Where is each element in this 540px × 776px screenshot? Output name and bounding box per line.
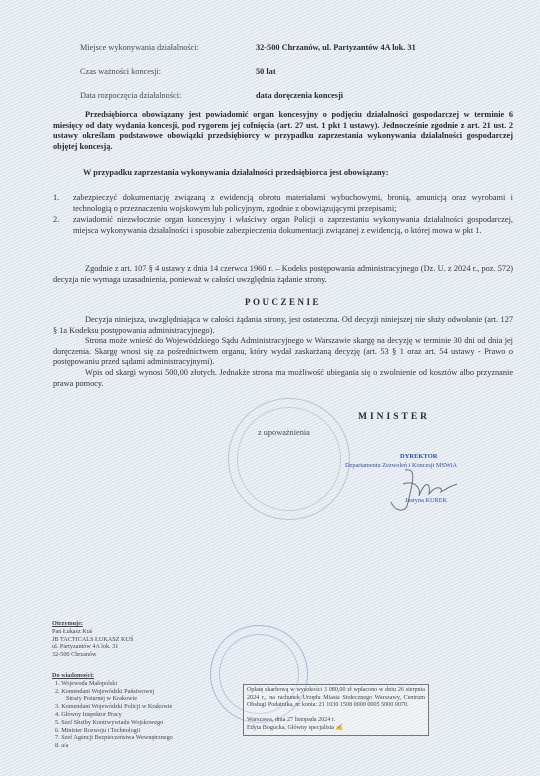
- signature-authorization: z upoważnienia: [258, 428, 310, 437]
- pouczenie-heading: POUCZENIE: [53, 297, 513, 307]
- document-page: Miejsce wykonywania działalności: 32-500…: [0, 0, 540, 776]
- handwritten-signature: [385, 466, 465, 514]
- list-text: zabezpieczyć dokumentację związaną z ewi…: [73, 193, 513, 213]
- cessation-list-item: 2. zawiadomić niezwłocznie organ koncesy…: [73, 215, 513, 236]
- signature-title: DYREKTOR: [400, 453, 437, 460]
- obligation-paragraph: Przedsiębiorca obowiązany jest powiadomi…: [53, 110, 513, 152]
- cc-item: 4. Główny Inspektor Pracy: [52, 711, 252, 719]
- recipient-line: Pan Łukasz Kuś: [52, 628, 252, 636]
- fee-note-signer: Edyta Bogucka, Główny specjalista ✍: [247, 725, 425, 733]
- official-seal-stamp: [228, 398, 350, 520]
- signature-authority: MINISTER: [358, 412, 430, 422]
- fee-note-signer-text: Edyta Bogucka, Główny specjalista: [247, 725, 334, 731]
- cc-item: 6. Minister Rozwoju i Technologii: [52, 727, 252, 735]
- signature-name: Justyna KUREK: [405, 497, 447, 504]
- fee-note-date: Warszawa, dnia 27 listopada 2024 r.: [247, 717, 425, 725]
- detail-value-validity: 50 lat: [256, 67, 276, 76]
- list-number: 1.: [53, 193, 59, 204]
- recipients-heading: Otrzymuje:: [52, 620, 252, 628]
- pouczenie-paragraph-1: Decyzja niniejsza, uwzględniająca w cało…: [53, 315, 513, 336]
- cessation-list-item: 1. zabezpieczyć dokumentację związaną z …: [73, 193, 513, 214]
- fee-note-box: Opłatę skarbową w wysokości 3 080,00 zł …: [243, 684, 429, 736]
- detail-label-validity: Czas ważności koncesji:: [80, 67, 161, 76]
- pouczenie-paragraph-3: Wpis od skargi wynosi 500,00 złotych. Je…: [53, 368, 513, 389]
- initials-signature-icon: ✍: [336, 725, 344, 731]
- cc-item: 8. a/a: [52, 742, 252, 750]
- list-number: 2.: [53, 215, 59, 226]
- list-text: zawiadomić niezwłocznie organ koncesyjny…: [73, 215, 513, 235]
- kpa-paragraph: Zgodnie z art. 107 § 4 ustawy z dnia 14 …: [53, 264, 513, 285]
- detail-value-start: data doręczenia koncesji: [256, 91, 343, 100]
- cc-item: 7. Szef Agencji Bezpieczeństwa Wewnętrzn…: [52, 734, 252, 742]
- detail-value-place: 32-500 Chrzanów, ul. Partyzantów 4A lok.…: [256, 43, 416, 52]
- fee-note-text: Opłatę skarbową w wysokości 3 080,00 zł …: [247, 687, 425, 710]
- pouczenie-paragraph-2: Strona może wnieść do Wojewódzkiego Sądu…: [53, 336, 513, 368]
- detail-label-start: Data rozpoczęcia działalności:: [80, 91, 181, 100]
- cessation-heading: W przypadku zaprzestania wykonywania dzi…: [83, 168, 513, 179]
- cc-item: 5. Szef Służby Kontrwywiadu Wojskowego: [52, 719, 252, 727]
- detail-label-place: Miejsce wykonywania działalności:: [80, 43, 199, 52]
